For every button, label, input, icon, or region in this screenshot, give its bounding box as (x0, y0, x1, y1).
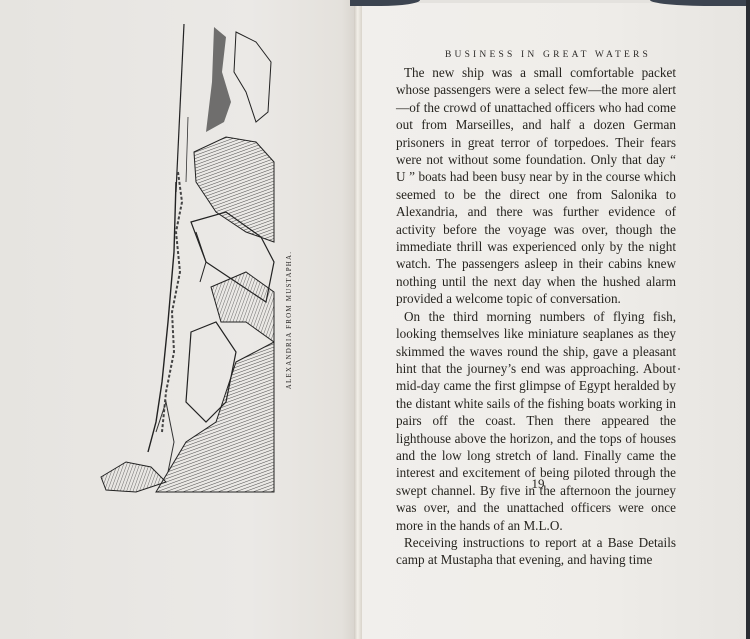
background-edge (746, 0, 750, 639)
book-gutter (354, 0, 362, 639)
alexandria-sketch-illustration (96, 22, 276, 502)
paragraph: The new ship was a small comfortable pac… (396, 64, 676, 308)
illustration-caption: ALEXANDRIA FROM MUSTAPHA. (285, 251, 293, 390)
paragraph: Receiving instructions to report at a Ba… (396, 534, 676, 569)
running-head: BUSINESS IN GREAT WATERS (398, 50, 698, 60)
paper-speck (678, 368, 680, 370)
open-book-spread: ALEXANDRIA FROM MUSTAPHA. BUSINESS IN GR… (0, 0, 750, 639)
paragraph: On the third morning numbers of flying f… (396, 308, 676, 534)
page-number: 19 (518, 476, 558, 492)
body-text: The new ship was a small comfortable pac… (396, 64, 676, 569)
